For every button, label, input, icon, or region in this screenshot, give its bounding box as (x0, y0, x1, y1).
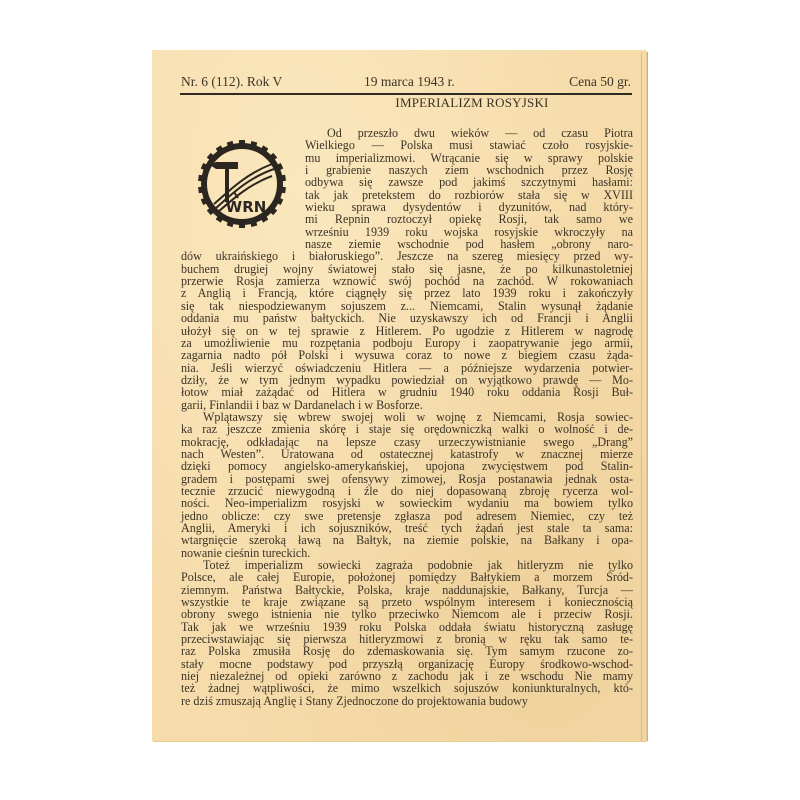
text-line: też żadnej wątpliwości, że mimo wszelkic… (181, 682, 633, 694)
text-line: ka raz jeszcze zmienia skórę i staje się… (181, 423, 633, 435)
article-paragraph: Toteż imperializm sowiecki zagraża podob… (181, 559, 633, 707)
text-line: ułożył się on w tej sprawie z Hitlerem. … (181, 325, 633, 337)
text-line: Polsce, ale całej Europie, położonej pom… (181, 571, 633, 583)
page-edge (641, 52, 648, 741)
issue-price: Cena 50 gr. (569, 74, 631, 90)
masthead-header: Nr. 6 (112). Rok V 19 marca 1943 r. Cena… (181, 74, 631, 90)
article-body: Od przeszło dwu wieków — od czasu Piotra… (181, 117, 633, 707)
text-line: obrony swego istnienia nie tylko przeciw… (181, 608, 633, 620)
text-line: wtargnięcie szeroką ławą na Bałtyk, na z… (181, 534, 633, 546)
text-line: mi Repnin roztoczył opiekę Rosji, tak sa… (305, 213, 633, 225)
article-title: IMPERIALIZM ROSYJSKI (332, 95, 612, 111)
text-line: dzięki pomocy angielsko-amerykańskiej, u… (181, 460, 633, 472)
article-paragraph: Wplątawszy się wbrew swojej woli w wojnę… (181, 411, 633, 559)
text-line: łotow miał zażądać od Hitlera w grudniu … (181, 386, 633, 398)
text-line: Wielkiego — Polska musi stawiać czoło ro… (305, 139, 633, 151)
text-line: oddania mu państw bałtyckich. Nie uzyska… (181, 312, 633, 324)
text-line: dów ukraińskiego i białoruskiego”. Jeszc… (181, 250, 633, 262)
text-line: ności. Neo-imperializm rosyjski w sowiec… (181, 497, 633, 509)
issue-number: Nr. 6 (112). Rok V (181, 74, 282, 90)
issue-date: 19 marca 1943 r. (364, 74, 455, 90)
text-line: z Anglią i Francją, które ciągnęły się p… (181, 287, 633, 299)
text-line: zagarnia nadto pół Polski i wysuwa coraz… (181, 349, 633, 361)
text-line: re dziś zmuszają Anglię i Stany Zjednocz… (181, 695, 633, 707)
text-line: odbywa się zawsze pod jakimś szczytnymi … (305, 176, 633, 188)
text-line: raz Polska zmusiła Rosję do zdemaskowani… (181, 645, 633, 657)
article-paragraph: Od przeszło dwu wieków — od czasu Piotra… (181, 127, 633, 411)
